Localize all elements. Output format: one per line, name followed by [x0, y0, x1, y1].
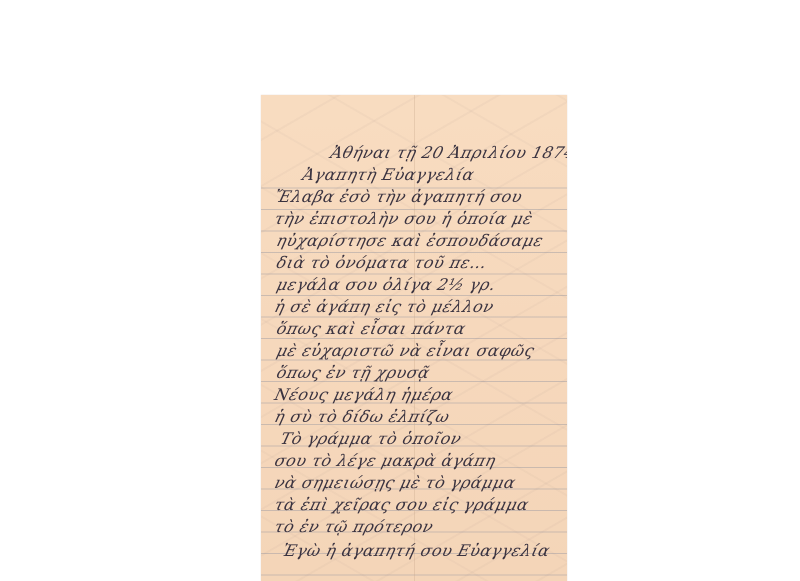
body-line: ἡ σὲ ἀγάπη εἰς τὸ μέλλον: [273, 297, 496, 316]
body-line: ὅπως ἐν τῇ χρυσᾷ: [275, 363, 432, 382]
body-line: Ἔλαβα ἐσὸ τὴν ἀγαπητή σου: [273, 187, 525, 206]
document-viewer: Ἀθήναι τῇ 20 Ἀπριλίου 1874 Ἀγαπητὴ Εὐαγγ…: [0, 0, 800, 581]
body-line: Τὸ γράμμα τὸ ὁποῖον: [279, 429, 464, 448]
closing-signature: Ἐγὼ ἡ ἀγαπητή σου Εὐαγγελία: [281, 541, 553, 560]
letter-page: Ἀθήναι τῇ 20 Ἀπριλίου 1874 Ἀγαπητὴ Εὐαγγ…: [261, 95, 567, 581]
body-line: ὅπως καὶ εἶσαι πάντα: [275, 319, 468, 338]
body-line: ηὐχαρίστησε καὶ ἐσπουδάσαμε: [275, 231, 546, 250]
date-line: Ἀθήναι τῇ 20 Ἀπριλίου 1874: [329, 143, 567, 162]
body-line: τὴν ἐπιστολὴν σου ἡ ὁποία μὲ: [273, 209, 535, 228]
body-line: νὰ σημειώσῃς μὲ τὸ γράμμα: [273, 473, 518, 492]
body-line: διὰ τὸ ὀνόματα τοῦ πε…: [275, 253, 489, 272]
body-line: μὲ εὐχαριστῶ νὰ εἶναι σαφῶς: [275, 341, 537, 360]
body-line: τὰ ἐπὶ χεῖρας σου εἰς γράμμα: [273, 495, 531, 514]
body-line: ἡ σὺ τὸ δίδω ἐλπίζω: [273, 407, 452, 426]
salutation: Ἀγαπητὴ Εὐαγγελία: [301, 165, 477, 184]
body-line: Νέους μεγάλη ἡμέρα: [273, 385, 456, 404]
body-line: μεγάλα σου ὀλίγα 2½ γρ.: [275, 275, 498, 294]
body-line: σου τὸ λέγε μακρὰ ἀγάπη: [273, 451, 498, 470]
body-line: τὸ ἐν τῷ πρότερον: [273, 517, 436, 536]
